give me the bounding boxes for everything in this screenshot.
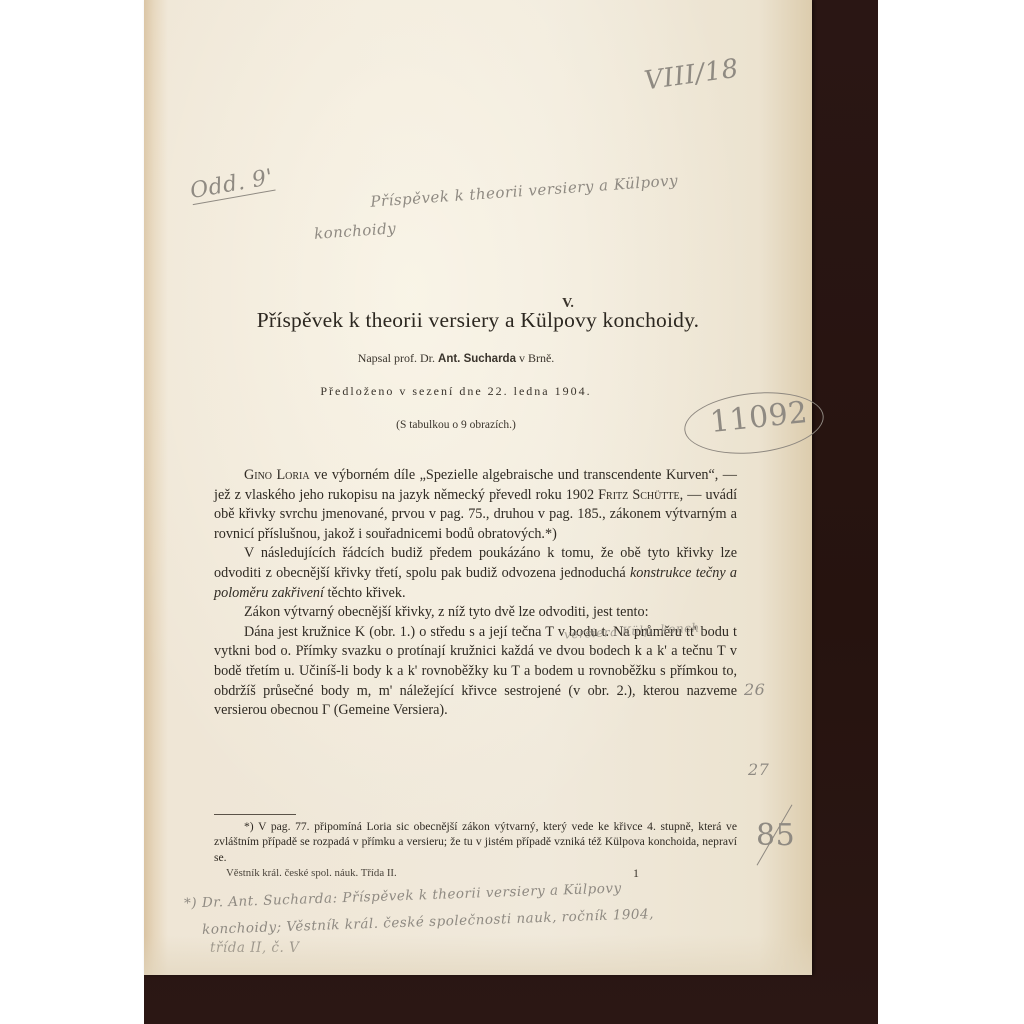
author-line: Napsal prof. Dr. Ant. Sucharda v Brně. <box>122 351 790 366</box>
bottom-handwritten-note-line1: *) Dr. Ant. Sucharda: Příspěvek k theori… <box>184 880 622 911</box>
bottom-handwritten-note-line3: třída II, č. V <box>210 940 299 956</box>
handwritten-shelf-mark: VIII/18 <box>642 54 740 97</box>
margin-number-85: 85 <box>756 818 795 853</box>
paragraph-2: V následujících řádcích budiž předem pou… <box>214 544 737 603</box>
paragraph-1: Gino Loria ve výborném díle „Spezielle a… <box>214 466 737 544</box>
margin-number-27: 27 <box>748 760 769 779</box>
author-reference-schutte: Fritz Schütte <box>598 487 680 503</box>
page-number: 1 <box>633 866 639 881</box>
body-text: Gino Loria ve výborném díle „Spezielle a… <box>214 466 737 721</box>
paragraph-3: Zákon výtvarný obecnější křivky, z níž t… <box>214 603 737 623</box>
journal-line: Věstník král. české spol. náuk. Třída II… <box>226 867 397 879</box>
author-reference-loria: Gino Loria <box>244 467 310 483</box>
handwritten-section-note: Odd. 9' <box>188 165 275 205</box>
author-suffix: v Brně. <box>516 351 554 365</box>
document-page: VIII/18 Odd. 9' Příspěvek k theorii vers… <box>144 0 812 975</box>
author-prefix: Napsal prof. Dr. <box>358 351 438 365</box>
presented-date-line: Předloženo v sezení dne 22. ledna 1904. <box>122 384 790 399</box>
paragraph-2-tail: těchto křivek. <box>324 585 406 601</box>
bottom-handwritten-note-line2: konchoidy; Věstník král. české společnos… <box>202 906 654 938</box>
footnote-rule <box>214 814 296 815</box>
article-title: Příspěvek k theorii versiery a Külpovy k… <box>144 308 812 333</box>
footnote: *) V pag. 77. připomíná Loria sic obecně… <box>214 819 737 865</box>
handwritten-title-note-line1: Příspěvek k theorii versiery a Külpovy <box>370 171 679 210</box>
handwritten-title-note-line2: konchoidy <box>313 219 396 243</box>
author-name: Ant. Sucharda <box>438 353 516 365</box>
paragraph-4: Dána jest kružnice K (obr. 1.) o středu … <box>214 623 737 721</box>
footnote-text: *) V pag. 77. připomíná Loria sic obecně… <box>214 819 737 865</box>
margin-number-26: 26 <box>744 680 765 699</box>
